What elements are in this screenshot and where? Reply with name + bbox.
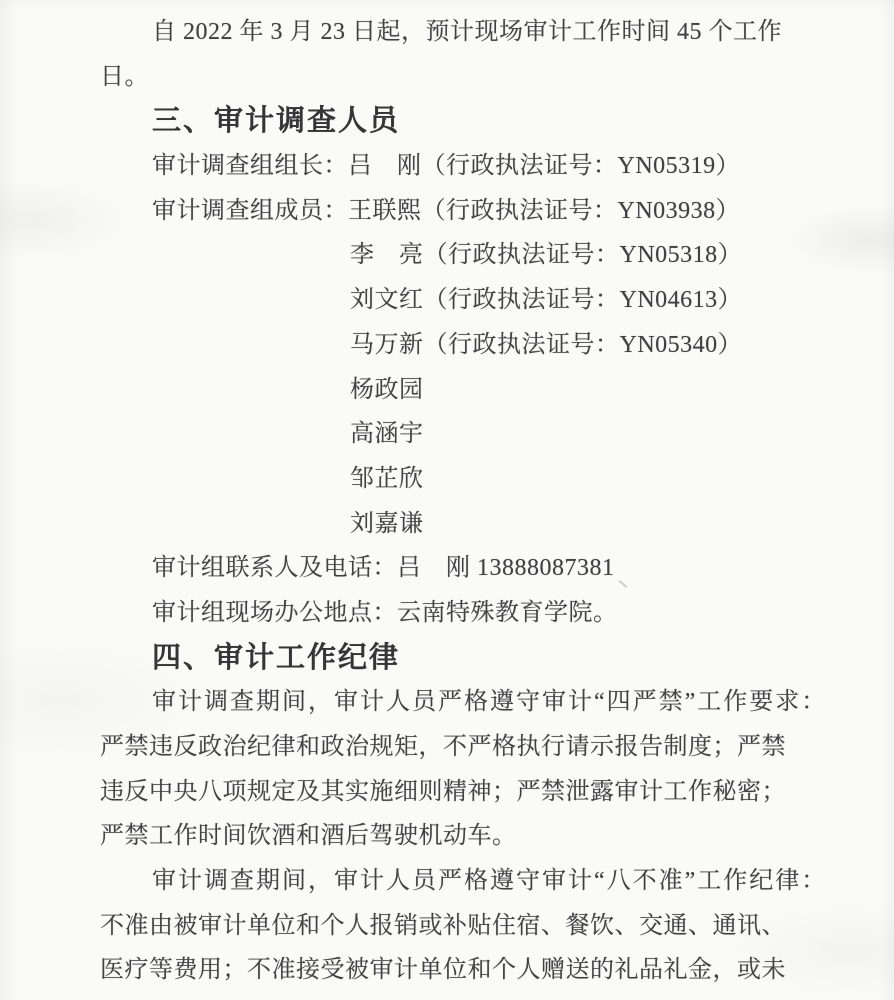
line-team-member-2: 李 亮（行政执法证号：YN05318）	[100, 233, 810, 278]
line-team-member-1: 审计调查组成员：王联熙（行政执法证号：YN03938）	[100, 189, 810, 234]
line-team-member-7: 邹芷欣	[100, 457, 810, 502]
line-team-member-5: 杨政园	[100, 368, 810, 413]
line-team-leader: 审计调查组组长：吕 刚（行政执法证号：YN05319）	[100, 144, 810, 189]
line-four-prohibitions-cont-1: 严禁违反政治纪律和政治规矩，不严格执行请示报告制度；严禁	[100, 725, 810, 770]
line-team-member-4: 马万新（行政执法证号：YN05340）	[100, 323, 810, 368]
line-four-prohibitions-cont-3: 严禁工作时间饮酒和酒后驾驶机动车。	[100, 814, 810, 859]
line-four-prohibitions-cont-2: 违反中央八项规定及其实施细则精神；严禁泄露审计工作秘密；	[100, 770, 810, 815]
line-eight-rules-intro: 审计调查期间，审计人员严格遵守审计“八不准”工作纪律：	[100, 859, 810, 904]
line-office-location: 审计组现场办公地点：云南特殊教育学院。	[100, 591, 810, 636]
line-team-member-8: 刘嘉谦	[100, 502, 810, 547]
line-eight-rules-cont-1: 不准由被审计单位和个人报销或补贴住宿、餐饮、交通、通讯、	[100, 904, 810, 949]
document-page: 自 2022 年 3 月 23 日起，预计现场审计工作时间 45 个工作 日。 …	[0, 0, 894, 1000]
line-team-member-3: 刘文红（行政执法证号：YN04613）	[100, 278, 810, 323]
line-audit-start-date: 自 2022 年 3 月 23 日起，预计现场审计工作时间 45 个工作	[100, 10, 810, 55]
line-audit-start-date-cont: 日。	[100, 55, 810, 100]
heading-section-three: 三、审计调查人员	[100, 99, 810, 144]
line-four-prohibitions-intro: 审计调查期间，审计人员严格遵守审计“四严禁”工作要求：	[100, 680, 810, 725]
line-team-member-6: 高涵宇	[100, 412, 810, 457]
line-eight-rules-cont-2: 医疗等费用；不准接受被审计单位和个人赠送的礼品礼金，或未	[100, 948, 810, 993]
heading-section-four: 四、审计工作纪律	[100, 636, 810, 681]
line-contact-phone: 审计组联系人及电话：吕 刚 13888087381	[100, 546, 810, 591]
